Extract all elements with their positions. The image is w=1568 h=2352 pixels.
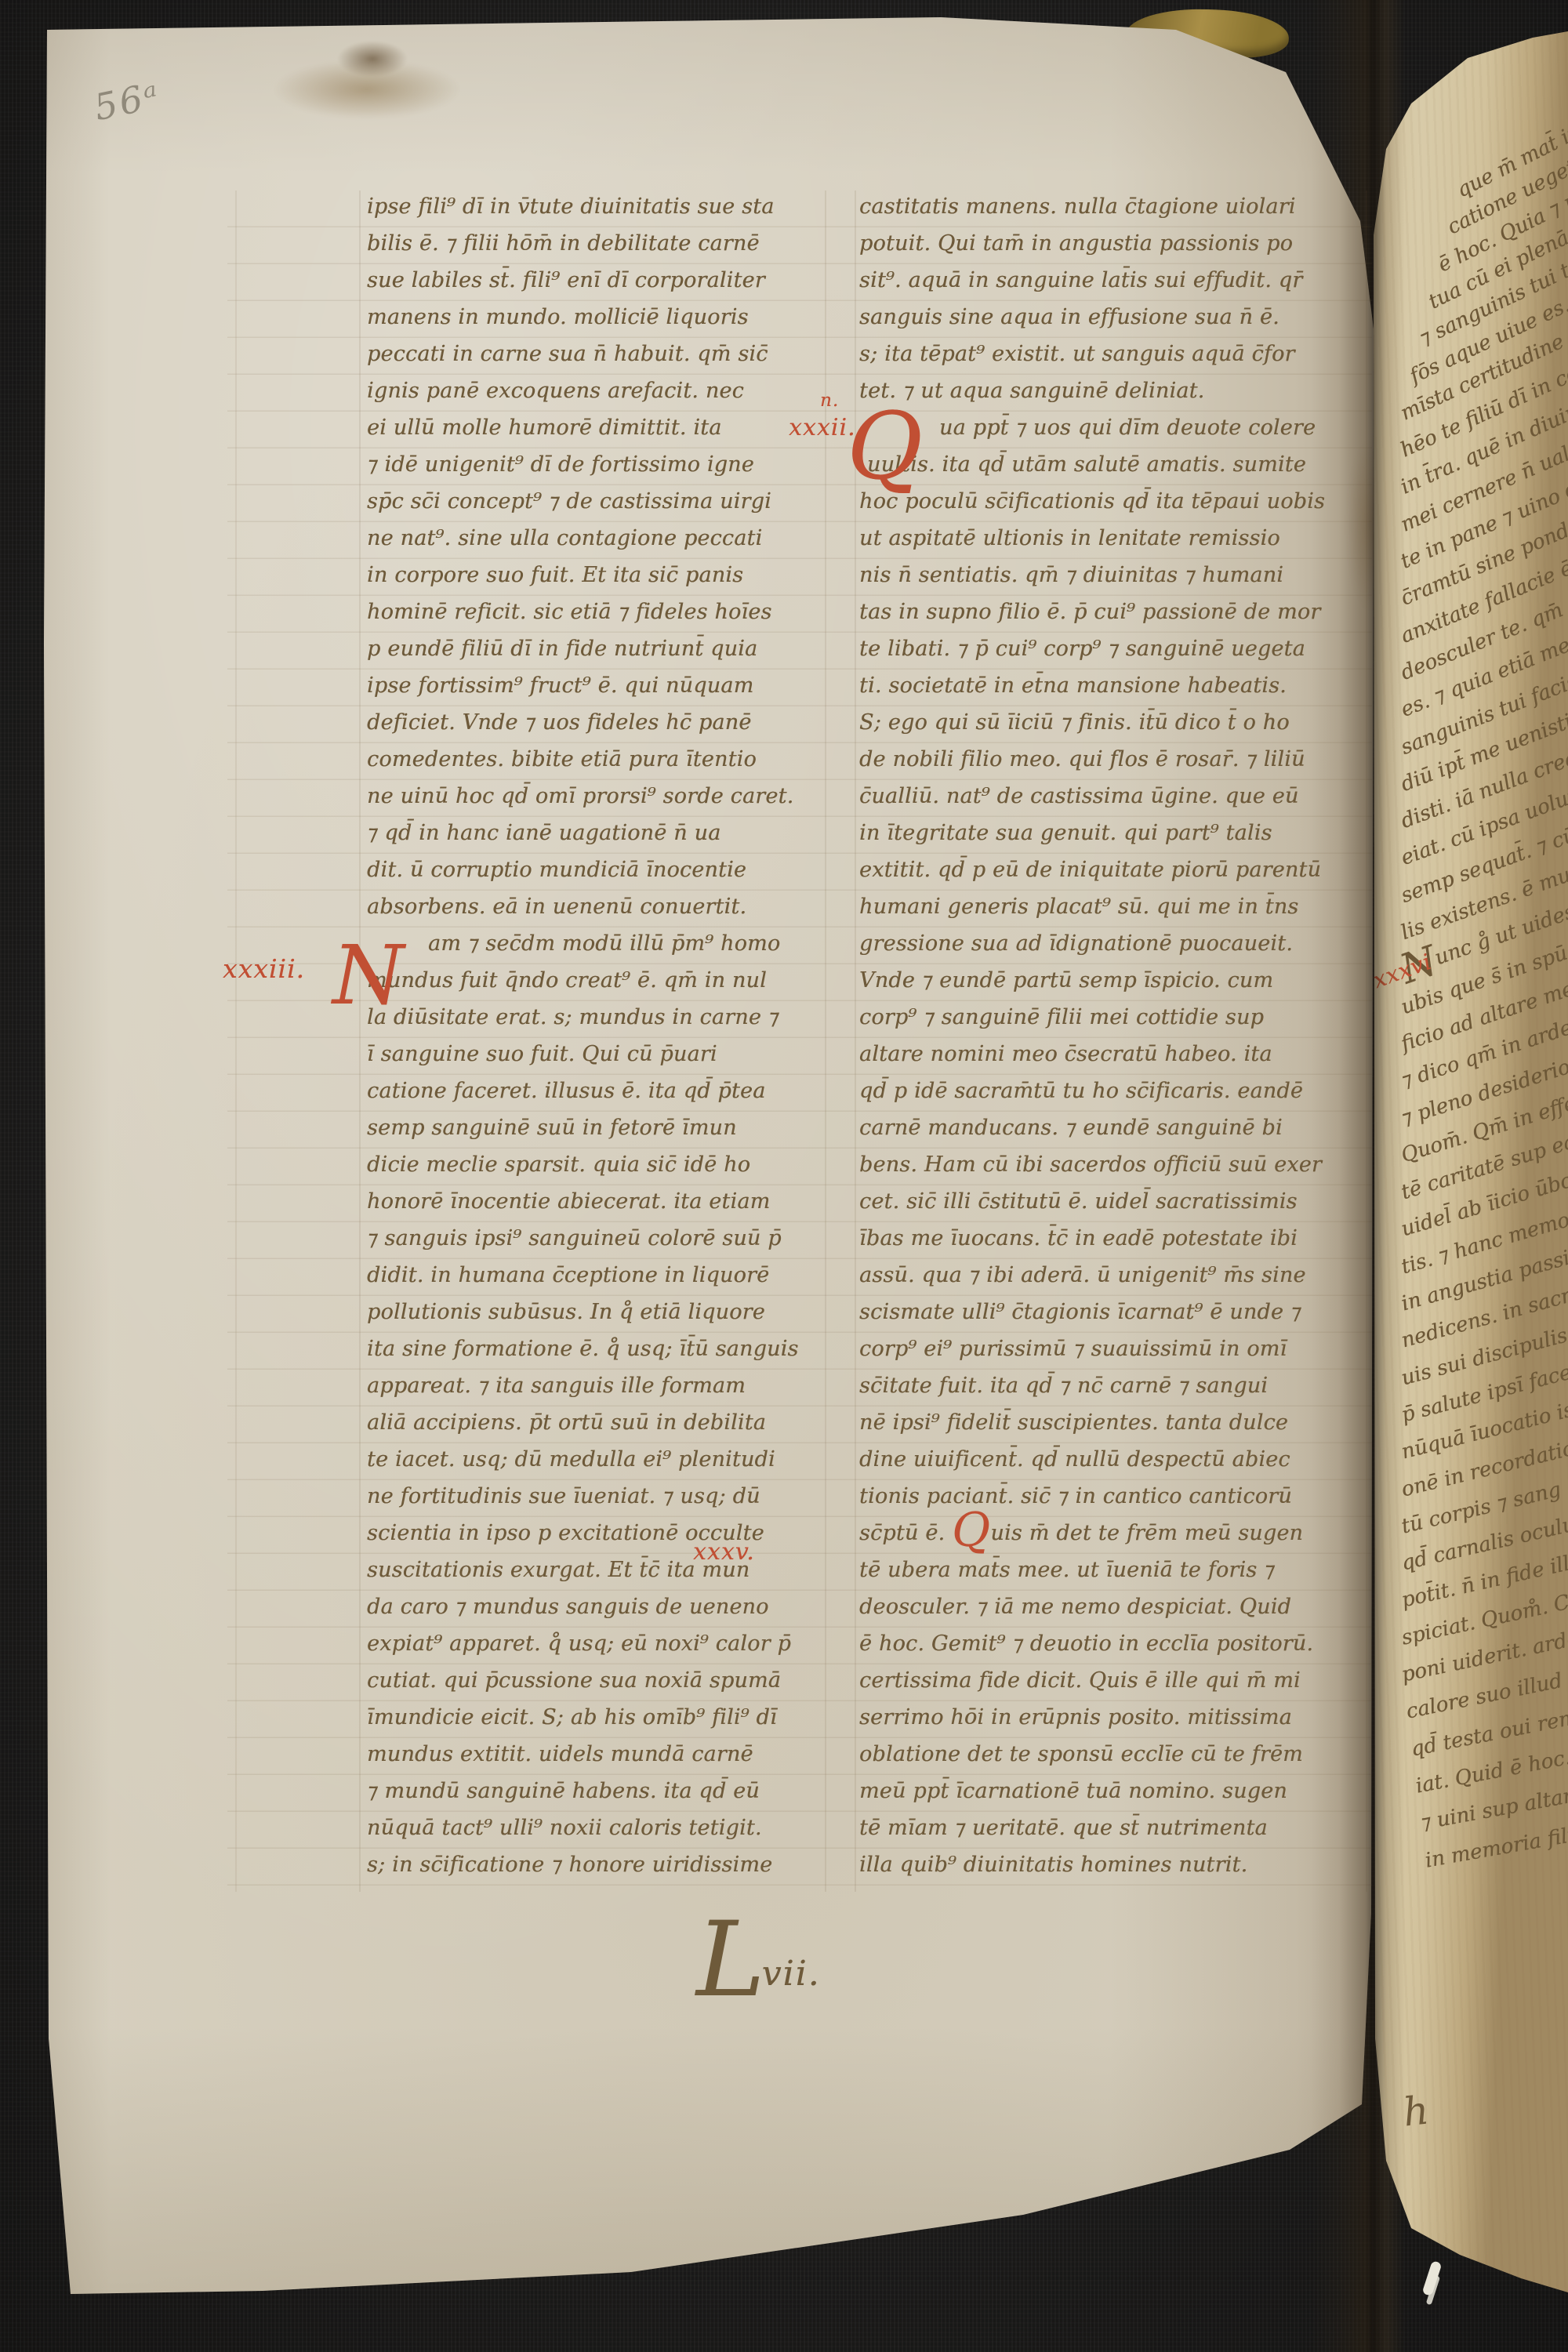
- text-line: ⁊ mundū sanguinē habens. ita qd̄ eū: [367, 1773, 829, 1809]
- text-line: ei ullū molle humorē dimittit. ita: [367, 409, 829, 446]
- text-line: ē hoc. Gemit⁹ ⁊ deuotio in ecclīa posito…: [859, 1625, 1369, 1662]
- text-line: poni uiderit. ardent̄: [1399, 1596, 1568, 1686]
- quire-signature-initial: L: [696, 1911, 765, 2009]
- chapter-number-xxxv: xxxv.: [693, 1538, 755, 1566]
- text-line: am ⁊ sec̄dm modū illū p̄m⁹ homo: [367, 925, 829, 962]
- text-line: scientia in ipso p excitationē occulte: [367, 1515, 829, 1552]
- text-line: c̄ramtū sine ponder: [1398, 459, 1568, 609]
- text-line: dine uiuificent̄. qd̄ nullū despectū abi…: [859, 1441, 1369, 1478]
- text-line: ī sanguine suo fuit. Qui cū p̄uari: [367, 1036, 829, 1073]
- text-line: ignis panē excoquens arefacit. nec: [367, 372, 829, 409]
- text-line: humani generis placat⁹ sū. qui me in t̄n…: [859, 888, 1369, 925]
- text-line: tet. ⁊ ut aqua sanguinē deliniat.: [859, 372, 1369, 409]
- rubricated-initial-Q: Q: [847, 400, 923, 492]
- text-line: bens. Ham cū ibi sacerdos officiū suū ex…: [859, 1146, 1369, 1183]
- text-line: nis n̄ sentiatis. qm̄ ⁊ diuinitas ⁊ huma…: [859, 557, 1369, 593]
- text-line: īmundicie eicit. S; ab his omīb⁹ fili⁹ d…: [367, 1699, 829, 1736]
- text-line: lis existens. ē multoci: [1399, 812, 1568, 944]
- text-line: Vnde ⁊ eundē partū semp īspicio. cum: [859, 962, 1369, 999]
- text-line: tas in supno filio ē. p̄ cui⁹ passionē d…: [859, 593, 1369, 630]
- text-line: altare nomini meo c̄secratū habeo. ita: [859, 1036, 1369, 1073]
- text-line: potuit. Qui tam̄ in angustia passionis p…: [859, 225, 1369, 262]
- text-line: in angustia passionis: [1399, 1203, 1568, 1314]
- text-line: spiciat. Quom̊. Cū ale: [1399, 1557, 1568, 1649]
- text-line: s; ita tēpat⁹ existit. ut sanguis aquā c…: [859, 336, 1369, 372]
- text-line: ne nat⁹. sine ulla contagione peccati: [367, 520, 829, 557]
- text-line: te libati. ⁊ p̄ cui⁹ corp⁹ ⁊ sanguinē ue…: [859, 630, 1369, 667]
- text-line: tē ubera mat̄s mee. ut īueniā te foris ⁊: [859, 1552, 1369, 1588]
- text-line: appareat. ⁊ ita sanguis ille formam: [367, 1367, 829, 1404]
- text-line: certissima fide dicit. Quis ē ille qui m…: [859, 1662, 1369, 1699]
- text-line: sanguinis tui facis. qu: [1398, 616, 1568, 758]
- text-line: s; in sc̄ificatione ⁊ honore uiridissime: [367, 1846, 829, 1883]
- text-line: tē mīam ⁊ ueritatē. que st̄ nutrimenta: [859, 1809, 1369, 1846]
- text-line: ut aspitatē ultionis in lenitate remissi…: [859, 520, 1369, 557]
- text-line: iat. Quid ē hoc. Ego: [1414, 1714, 1568, 1797]
- text-line: sc̄ptū ē. Quis m̄ det te frēm meū sugen: [859, 1515, 1369, 1552]
- text-line: ⁊ qd̄ in hanc ianē uagationē n̄ ua: [367, 815, 829, 851]
- text-line: ne fortitudinis sue īueniat. ⁊ usq; dū: [367, 1478, 829, 1515]
- text-line: nūquā īuocatio ista: [1399, 1360, 1568, 1462]
- text-line: semp sequat̄. ⁊ cū eg: [1399, 773, 1568, 906]
- text-line: p eundē filiū dī in fide nutriunt̄ quia: [367, 630, 829, 667]
- parchment-stain: [1347, 439, 1394, 612]
- text-line: ⁊ sanguis ipsi⁹ sanguineū colorē suū p̄: [367, 1220, 829, 1257]
- text-line: deficiet. Vnde ⁊ uos fideles hc̄ panē: [367, 704, 829, 741]
- ink-mark-h: h: [1401, 2087, 1431, 2135]
- text-line: gressione sua ad īdignationē puocaueit.: [859, 925, 1369, 962]
- text-line: comedentes. bibite etiā pura ītentio: [367, 741, 829, 778]
- text-line: es. ⁊ quia etiā me p: [1398, 577, 1568, 720]
- quire-signature-numeral: vii.: [762, 1954, 821, 1994]
- text-line: ⁊ pleno desiderio idc̄: [1399, 1007, 1568, 1129]
- text-line: assū. qua ⁊ ibi aderā. ū unigenit⁹ m̄s s…: [859, 1257, 1369, 1294]
- text-line: aliā accipiens. p̄t ortū suū in debilita: [367, 1404, 829, 1441]
- text-line: hoc poculū sc̄ificationis qd̄ ita tēpaui…: [859, 483, 1369, 520]
- text-line: disti. iā nulla creatur: [1398, 695, 1568, 832]
- text-line: ti. societatē in et̄na mansione habeatis…: [859, 667, 1369, 704]
- text-line: ⁊ dico qm̄ in ardente: [1399, 968, 1568, 1091]
- text-line: ības me īuocans. t̄c̄ in eadē potestate …: [859, 1220, 1369, 1257]
- left-text-column: ipse fili⁹ dī in v̄tute diuinitatis sue …: [367, 188, 829, 1883]
- text-line: calore suo illud fouer: [1404, 1635, 1568, 1722]
- text-line: sp̄c sc̄i concept⁹ ⁊ de castissima uirgi: [367, 483, 829, 520]
- right-text-column: castitatis manens. nulla c̄tagione uiola…: [859, 188, 1369, 1883]
- text-line: dit. ū corruptio mundiciā īnocentie: [367, 851, 829, 888]
- text-line: p̄ salute ipsī facerent: [1399, 1321, 1568, 1425]
- text-line: onē in recordatione e: [1399, 1399, 1568, 1500]
- text-line: cet. sic̄ illi c̄stitutū ē. uidel̄ sacra…: [859, 1183, 1369, 1220]
- text-line: serrimo hōi in erūpnis posito. mitissima: [859, 1699, 1369, 1736]
- text-line: ubis que s̄ in spū sc̄o c̄: [1399, 890, 1568, 1017]
- text-line: qd̄ p idē sacram̄tū tu ho sc̄ificaris. e…: [859, 1073, 1369, 1109]
- chapter-number-xxxii: xxxii.: [789, 414, 855, 441]
- text-line: oblatione det te sponsū ecclīe cū te frē…: [859, 1736, 1369, 1773]
- text-line: carnē manducans. ⁊ eundē sanguinē bi: [859, 1109, 1369, 1146]
- text-line: da caro ⁊ mundus sanguis de ueneno: [367, 1588, 829, 1625]
- text-line: ē hoc. Quia ⁊ nutīm̄ta: [1435, 108, 1568, 275]
- text-line: Nunc g̊ ut uides o: [1399, 851, 1568, 981]
- manuscript-photo: 56ᵃ ipse fili⁹ dī in v̄tute diuinitatis …: [0, 0, 1568, 2352]
- text-line: sc̄itate fuit. ita qd̄ ⁊ nc̄ carnē ⁊ san…: [859, 1367, 1369, 1404]
- text-line: qd̄ carnalis oculus qua: [1399, 1479, 1568, 1574]
- parchment-stain: [337, 41, 408, 77]
- text-line: diū ipt̄ me uenisti. ⁊: [1398, 655, 1568, 795]
- text-line: ⁊ uini sup altare no: [1419, 1753, 1568, 1834]
- bookmark-tab: [1125, 6, 1290, 59]
- text-line: c̄ualliū. nat⁹ de castissima ūgine. que …: [859, 778, 1369, 815]
- text-line: eiat. cū ipsa uolunta: [1399, 734, 1568, 869]
- text-line: tionis paciant̄. sic̄ ⁊ in cantico canti…: [859, 1478, 1369, 1515]
- text-line: manens in mundo. molliciē liquoris: [367, 299, 829, 336]
- text-line: illa quib⁹ diuinitatis homines nutrit.: [859, 1846, 1369, 1883]
- text-line: sit⁹. aquā in sanguine lat̄is sui effudi…: [859, 262, 1369, 299]
- text-line: ne uinū hoc qd̄ omī prorsi⁹ sorde caret.: [367, 778, 829, 815]
- text-line: hominē reficit. sic etiā ⁊ fideles hoīes: [367, 593, 829, 630]
- text-line: expiat⁹ apparet. q̊ usq; eū noxi⁹ calor …: [367, 1625, 829, 1662]
- text-line: meū ppt̄ īcarnationē tuā nomino. sugen: [859, 1773, 1369, 1809]
- folio-number-pencil: 56ᵃ: [90, 74, 164, 129]
- text-line: in corpore suo fuit. Et ita sic̄ panis: [367, 557, 829, 593]
- text-line: peccati in carne sua n̄ habuit. qm̄ sic̄: [367, 336, 829, 372]
- text-line: castitatis manens. nulla c̄tagione uiola…: [859, 188, 1369, 225]
- text-line: la diūsitate erat. s; mundus in carne ⁊: [367, 999, 829, 1036]
- chapter-number-xxxvi: xxxvi: [1370, 949, 1436, 993]
- text-line: uidel̄ ab īicio ūborū sa: [1399, 1125, 1568, 1240]
- text-line: mundus extitit. uidels mundā carnē: [367, 1736, 829, 1773]
- text-line: nedicens. in sacram̄et: [1399, 1243, 1568, 1351]
- text-line: hēo te filiū dī in celis: [1398, 303, 1568, 461]
- text-line: mundus fuit q̄ndo creat⁹ ē. qm̄ in nul: [367, 962, 829, 999]
- text-line: tua cū ei plenā ubtatē: [1425, 147, 1568, 313]
- text-line: dicie meclie sparsit. quia sic̄ idē ho: [367, 1146, 829, 1183]
- text-line: tē caritatē sup eandē: [1399, 1086, 1568, 1203]
- text-line: tis. ⁊ hanc memoriā: [1399, 1164, 1568, 1277]
- quire-signature: Lvii.: [696, 1911, 821, 2009]
- ruling-lines: [227, 191, 1372, 1892]
- text-line: ipse fortissim⁹ fruct⁹ ē. qui nūquam: [367, 667, 829, 704]
- text-line: te in pane ⁊ uino d: [1398, 421, 1568, 572]
- text-line: fōs aque uiue es. Et: [1406, 225, 1568, 387]
- text-line: de nobili filio meo. qui flos ē rosar̄. …: [859, 741, 1369, 778]
- text-line: pollutionis subūsus. In q̊ etiā liquore: [367, 1294, 829, 1330]
- text-line: absorbens. eā in uenenū conuertit.: [367, 888, 829, 925]
- text-line: semp sanguinē suū in fetorē īmun: [367, 1109, 829, 1146]
- text-line: extitit. qd̄ p eū de iniquitate piorū pa…: [859, 851, 1369, 888]
- text-line: nē ipsi⁹ fidelit̄ suscipientes. tanta du…: [859, 1404, 1369, 1441]
- text-line: uultis. ita qd̄ utām salutē amatis. sumi…: [859, 446, 1369, 483]
- text-line: catione faceret. illusus ē. ita qd̄ p̄te…: [367, 1073, 829, 1109]
- text-line: ⁊ idē unigenit⁹ dī de fortissimo igne: [367, 446, 829, 483]
- rubricated-initial-N: N: [332, 935, 404, 1016]
- text-line: corp⁹ ⁊ sanguinē filii mei cottidie sup: [859, 999, 1369, 1036]
- next-folio-page: que m̄ mat̄ in creatiocatione uegetation…: [1370, 0, 1568, 2352]
- chapter-number-xxxiii: xxxiii.: [223, 953, 305, 984]
- text-line: te iacet. usq; dū medulla ei⁹ plenitudi: [367, 1441, 829, 1478]
- gutter-shadow: [1311, 0, 1405, 2352]
- parchment-stain: [273, 60, 461, 119]
- text-line: didit. in humana c̄ceptione in liquorē: [367, 1257, 829, 1294]
- text-line: anxitate fallacie ē.: [1398, 499, 1568, 646]
- text-line: cutiat. qui p̄cussione sua noxiā spumā: [367, 1662, 829, 1699]
- text-line: ficio ad altare me ce: [1399, 929, 1568, 1054]
- text-line: sue labiles st̄. fili⁹ enī dī corporalit…: [367, 262, 829, 299]
- text-line: ⁊ sanguinis tui tribu: [1416, 186, 1568, 350]
- text-line: in t̄ra. quē in diuinita: [1398, 343, 1568, 499]
- text-line: catione uegetationis: [1444, 69, 1568, 238]
- text-line: corp⁹ ei⁹ purissimū ⁊ suauissimū in omī: [859, 1330, 1369, 1367]
- text-line: nūquā tact⁹ ulli⁹ noxii caloris tetigit.: [367, 1809, 829, 1846]
- text-line: ita sine formatione ē. q̊ usq; īt̄ū sang…: [367, 1330, 829, 1367]
- text-line: ipse fili⁹ dī in v̄tute diuinitatis sue …: [367, 188, 829, 225]
- text-line: tū corpis ⁊ sang: [1399, 1439, 1568, 1537]
- text-line: deosculer te. qm̄ p̄ sa: [1398, 538, 1568, 684]
- text-line: bilis ē. ⁊ filii hōm̄ in debilitate carn…: [367, 225, 829, 262]
- text-line: mei cernere n̄ ualen: [1398, 382, 1568, 535]
- paragraph-mark: n.: [820, 390, 839, 411]
- text-line: scismate ulli⁹ c̄tagionis īcarnat⁹ ē und…: [859, 1294, 1369, 1330]
- text-line: Quom̄. Qm̄ in effectū: [1399, 1047, 1568, 1166]
- text-line: uis sui discipulis suis ī: [1399, 1282, 1568, 1388]
- sewing-thread: [1422, 2260, 1443, 2296]
- text-line: in ītegritate sua genuit. qui part⁹ tali…: [859, 815, 1369, 851]
- text-line: ua ppt̄ ⁊ uos qui dīm deuote colere: [859, 409, 1369, 446]
- text-line: mīsta certitudine iu: [1398, 264, 1568, 424]
- text-line: que m̄ mat̄ in creatio: [1454, 30, 1568, 201]
- text-line: in memoria filii mei: [1424, 1792, 1568, 1871]
- text-line: sanguis sine aqua in effusione sua n̄ ē.: [859, 299, 1369, 336]
- text-line: S; ego qui sū īiciū ⁊ finis. it̄ū dico t…: [859, 704, 1369, 741]
- manuscript-page-verso: [43, 14, 1376, 2299]
- text-line: suscitationis exurgat. Et t̄c̄ ita mun: [367, 1552, 829, 1588]
- text-line: honorē īnocentie abiecerat. ita etiam: [367, 1183, 829, 1220]
- text-line: pot̄it. n̄ in fide illud h: [1399, 1518, 1568, 1611]
- text-line: deosculer. ⁊ iā me nemo despiciat. Quid: [859, 1588, 1369, 1625]
- text-line: qd̄ testa oui remaner: [1409, 1675, 1568, 1760]
